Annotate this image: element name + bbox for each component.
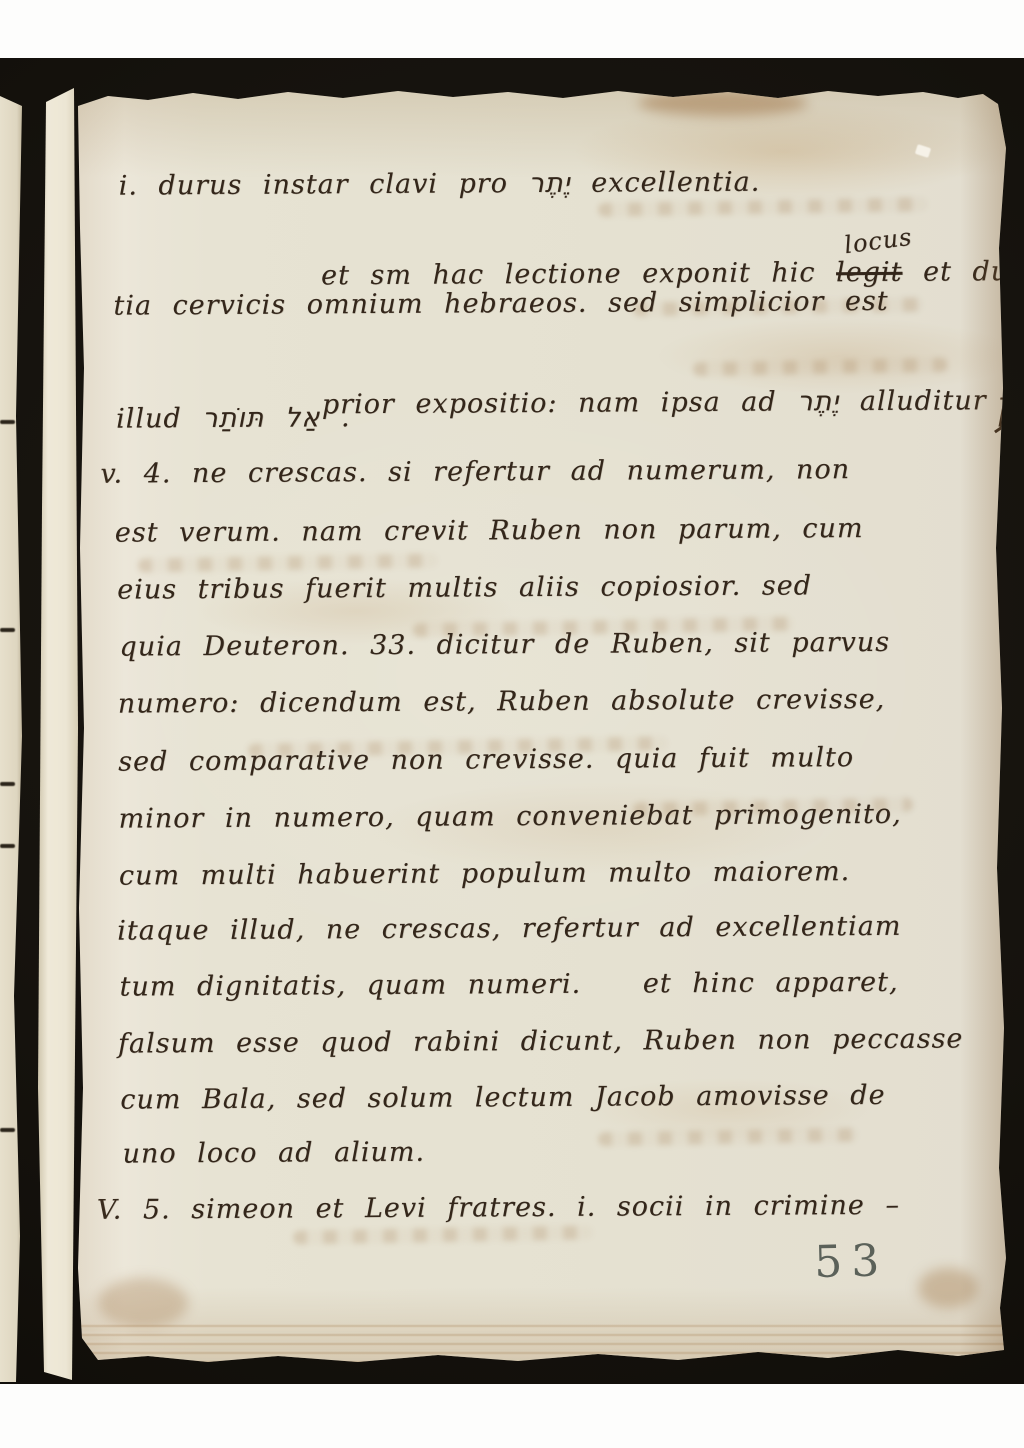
struck-word: legit [836, 257, 903, 288]
manuscript-line: cum multi habuerint populum multo maiore… [119, 856, 850, 891]
manuscript-line: sed comparative non crevisse. quia fuit … [118, 742, 854, 777]
edge-mark [0, 628, 15, 632]
manuscript-line: est verum. nam crevit Ruben non parum, c… [115, 513, 864, 549]
edge-mark [0, 420, 15, 424]
per-letter: p [997, 382, 1024, 428]
scan-margin-bottom [0, 1384, 1024, 1448]
manuscript-line: tum dignitatis, quam numeri. et hinc app… [119, 967, 898, 1003]
manuscript-line: quia Deuteron. 33. dicitur de Ruben, sit… [119, 627, 890, 663]
page-edge-stack [78, 1322, 1006, 1364]
manuscript-page: i. durus instar clavi pro יֶתֶר excellen… [78, 88, 1006, 1364]
manuscript-line: cum Bala, sed solum lectum Jacob amoviss… [120, 1080, 885, 1116]
scan-margin-top [0, 0, 1024, 58]
correction-group: legitlocus [836, 257, 903, 288]
handwritten-text: i. durus instar clavi pro יֶתֶר excellen… [74, 85, 1010, 1367]
underlying-page-edge [38, 88, 78, 1380]
manuscript-line: prior expositio: nam ipsa ad יֶתֶר allud… [116, 342, 1024, 456]
edge-mark [0, 782, 15, 786]
per-abbreviation-mark: p [997, 382, 1024, 428]
edge-mark [0, 844, 15, 848]
manuscript-line: V. 5. simeon et Levi fratres. i. socii i… [97, 1190, 900, 1226]
manuscript-line: i. durus instar clavi pro יֶתֶר excellen… [119, 167, 761, 202]
manuscript-line: illud אַל תּוֹתַר . [116, 402, 351, 434]
manuscript-line: falsum esse quod rabini dicunt, Ruben no… [118, 1023, 964, 1059]
line-text: prior expositio: nam ipsa ad יֶתֶר allud… [322, 385, 987, 420]
interlinear-correction: locus [842, 223, 913, 260]
manuscript-line: itaque illud, ne crescas, refertur ad ex… [117, 911, 901, 947]
edge-mark [0, 1128, 15, 1132]
manuscript-scan: i. durus instar clavi pro יֶתֶר excellen… [0, 0, 1024, 1448]
manuscript-line: tia cervicis omnium hebraeos. sed simpli… [113, 286, 888, 322]
manuscript-line: minor in numero, quam conveniebat primog… [118, 799, 901, 835]
page-number-stamp: 53 [814, 1235, 889, 1288]
manuscript-line: v. 4. ne crescas. si refertur ad numerum… [100, 454, 850, 490]
manuscript-line: eius tribus fuerit multis aliis copiosio… [117, 570, 812, 605]
line-text: et duri- [902, 256, 1024, 288]
manuscript-line: uno loco ad alium. [123, 1137, 426, 1170]
manuscript-line: numero: dicendum est, Ruben absolute cre… [118, 684, 886, 720]
facing-page-edge [0, 96, 24, 1382]
photo-background: i. durus instar clavi pro יֶתֶר excellen… [0, 58, 1024, 1384]
